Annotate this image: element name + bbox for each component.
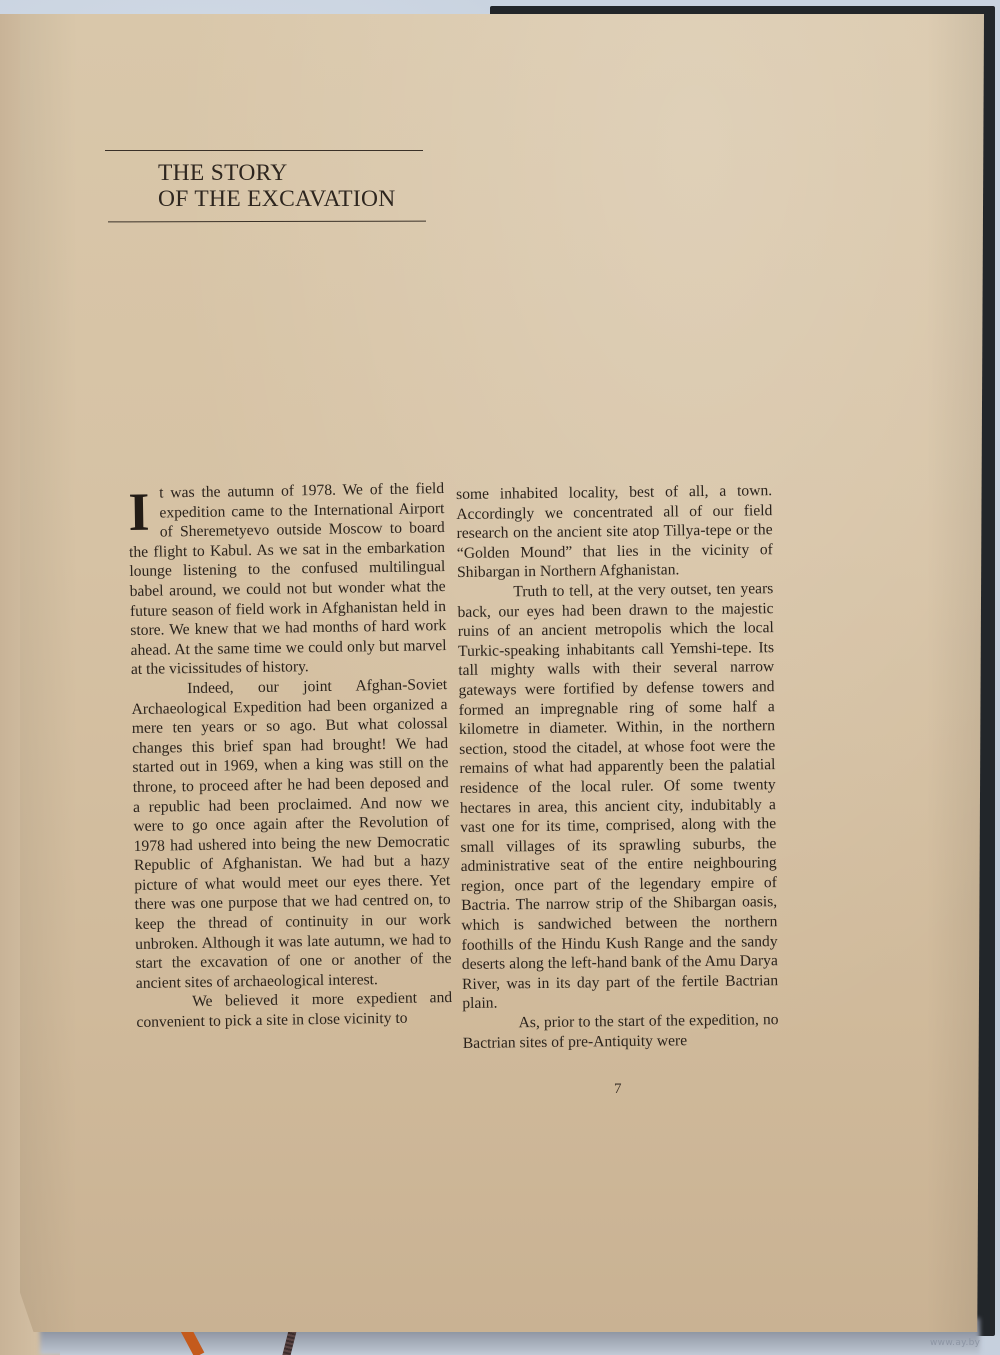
paragraph: We believed it more expedient and conven… xyxy=(136,988,453,1032)
paragraph: Indeed, our joint Afghan-Soviet Archaeol… xyxy=(131,675,452,993)
paragraph: Truth to tell, at the very outset, ten y… xyxy=(457,579,778,1014)
page-number: 7 xyxy=(614,1081,622,1098)
chapter-title: THE STORY OF THE EXCAVATION xyxy=(158,160,425,212)
text-column-left: It was the autumn of 1978. We of the fie… xyxy=(128,479,453,1033)
chapter-title-line-1: THE STORY xyxy=(158,160,425,186)
watermark: www.ay.by xyxy=(930,1338,980,1348)
heading-rule-top xyxy=(105,150,423,151)
paragraph: some inhabited locality, best of all, a … xyxy=(456,481,773,583)
drop-cap: I xyxy=(128,490,150,534)
chapter-title-line-2: OF THE EXCAVATION xyxy=(158,186,425,212)
heading-rule-bottom xyxy=(108,221,426,223)
paragraph-text: t was the autumn of 1978. We of the fiel… xyxy=(129,480,447,678)
book-page: THE STORY OF THE EXCAVATION It was the a… xyxy=(20,14,984,1332)
text-column-right: some inhabited locality, best of all, a … xyxy=(456,481,779,1053)
chapter-heading: THE STORY OF THE EXCAVATION xyxy=(105,150,425,222)
paragraph: As, prior to the start of the expedition… xyxy=(462,1010,778,1053)
paragraph: It was the autumn of 1978. We of the fie… xyxy=(128,479,447,680)
